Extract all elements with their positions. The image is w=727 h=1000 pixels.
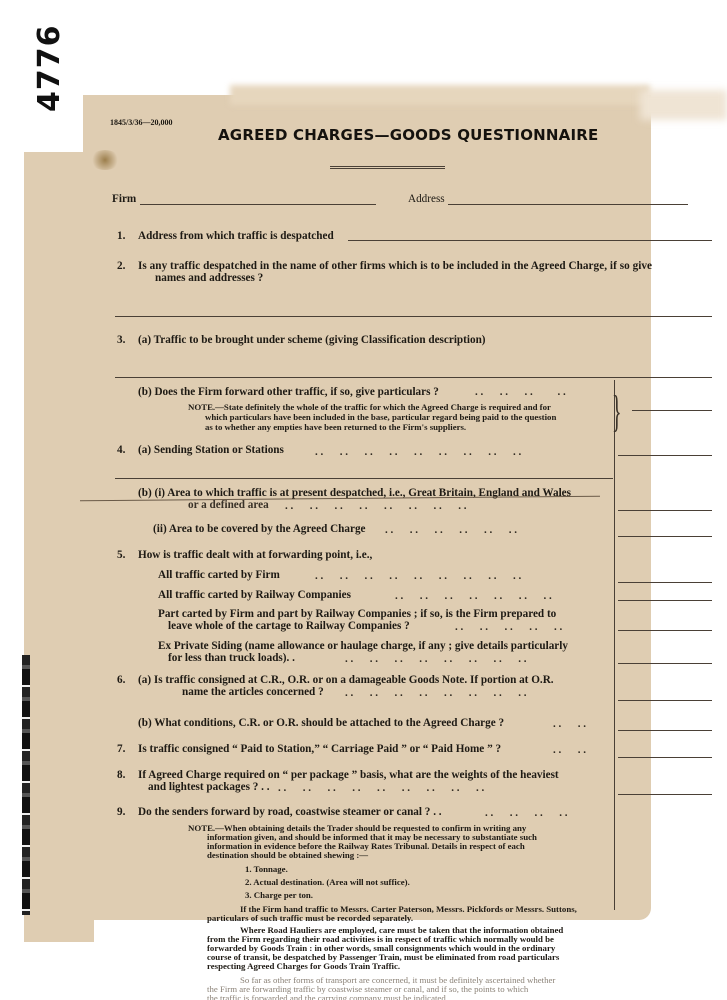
firm-field[interactable] xyxy=(140,204,376,205)
q4bii-answer-field[interactable] xyxy=(618,536,712,537)
leader-dots: . . . . . . . . . . . . . . xyxy=(395,590,552,602)
q4bi-answer-field[interactable] xyxy=(618,510,712,511)
q5-option-private-siding-answer[interactable] xyxy=(618,663,712,664)
q9-text: Do the senders forward by road, coastwis… xyxy=(138,806,442,819)
leader-dots: . . . . . . . . xyxy=(485,807,568,819)
address-field[interactable] xyxy=(448,204,688,205)
leader-dots: . . . . . . . . . . . . . . . . xyxy=(345,687,527,699)
q1-text: Address from which traffic is despatched xyxy=(138,230,334,243)
q4a-text: (a) Sending Station or Stations xyxy=(138,444,284,457)
leader-dots: . . . . . . . . . . . . . . . . xyxy=(285,500,467,512)
q4a-answer-field[interactable] xyxy=(618,455,712,456)
q9-list-charge: 3. Charge per ton. xyxy=(245,890,313,900)
q3b-text: (b) Does the Firm forward other traffic,… xyxy=(138,386,439,399)
q4-number: 4. xyxy=(117,444,125,457)
q1-answer-field[interactable] xyxy=(348,240,712,241)
q5-number: 5. xyxy=(117,549,125,562)
q5-option-part-carted-answer[interactable] xyxy=(618,630,712,631)
q3a-answer-field[interactable] xyxy=(115,377,712,378)
q2-answer-field[interactable] xyxy=(115,316,712,317)
leader-dots: . . . . . . . . . . . . . . . . xyxy=(345,653,527,665)
address-label: Address xyxy=(408,193,445,206)
q9-list-tonnage: 1. Tonnage. xyxy=(245,864,288,874)
q2-text-line2: names and addresses ? xyxy=(155,272,263,285)
title-underline xyxy=(330,166,445,169)
firm-label: Firm xyxy=(112,193,136,206)
q5-option-carted-by-railway-answer[interactable] xyxy=(618,600,712,601)
q5-option-carted-by-firm: All traffic carted by Firm xyxy=(158,569,280,582)
q1-number: 1. xyxy=(117,230,125,243)
leader-dots: . . . . . . . . . . . . . . . . . . xyxy=(278,782,484,794)
q6-number: 6. xyxy=(117,674,125,687)
brace-symbol: } xyxy=(612,386,622,437)
leader-dots: . . . . xyxy=(553,718,586,730)
answer-column-divider xyxy=(614,380,615,910)
q6b-answer-field[interactable] xyxy=(618,730,712,731)
q6a-answer-field[interactable] xyxy=(618,700,712,701)
q8-text-line2: and lightest packages ? . . xyxy=(148,781,270,794)
q3b-answer-field[interactable] xyxy=(632,410,712,411)
q9-para2-line5: respecting Agreed Charges for Goods Trai… xyxy=(207,961,400,971)
paper-torn-edge-right xyxy=(640,90,727,120)
q5-text: How is traffic dealt with at forwarding … xyxy=(138,549,372,562)
q9-para3-line3: the traffic is forwarded and the carryin… xyxy=(207,993,448,1000)
paper-tab xyxy=(24,152,94,942)
stain-mark xyxy=(90,150,120,170)
q3b-note-line3: as to whether any empties have been retu… xyxy=(205,422,466,432)
leader-dots: . . . . . . . . . . . . . . . . . . xyxy=(315,570,521,582)
q5-option-carted-by-firm-answer[interactable] xyxy=(618,582,712,583)
form-code: 1845/3/36—20,000 xyxy=(110,118,172,128)
q9-number: 9. xyxy=(117,806,125,819)
q6b-text: (b) What conditions, C.R. or O.R. should… xyxy=(138,717,504,730)
q4a-separator xyxy=(115,478,613,479)
q8-number: 8. xyxy=(117,769,125,782)
page-title: AGREED CHARGES—GOODS QUESTIONNAIRE xyxy=(218,126,598,144)
q9-para1-line2: particulars of such traffic must be reco… xyxy=(207,913,413,923)
binding-strip xyxy=(22,655,30,915)
q3-number: 3. xyxy=(117,334,125,347)
q3a-text: (a) Traffic to be brought under scheme (… xyxy=(138,334,486,347)
leader-dots: . . . . . . . . xyxy=(475,386,566,398)
leader-dots: . . . . . . . . . . . . . . . . . . xyxy=(315,446,521,458)
q6a-text-line2: name the articles concerned ? xyxy=(182,686,324,699)
leader-dots: . . . . . . . . . . xyxy=(455,621,562,633)
q7-answer-field[interactable] xyxy=(618,757,712,758)
q9-list-destination: 2. Actual destination. (Area will not su… xyxy=(245,877,410,887)
q3b-note-line2: which particulars have been included in … xyxy=(205,412,556,422)
paper-torn-edge xyxy=(230,85,650,105)
q7-number: 7. xyxy=(117,743,125,756)
q4bii-text: (ii) Area to be covered by the Agreed Ch… xyxy=(153,523,366,536)
leader-dots: . . . . xyxy=(553,744,586,756)
q3b-note-line1: NOTE.—State definitely the whole of the … xyxy=(188,402,551,412)
q2-number: 2. xyxy=(117,260,125,273)
q7-text: Is traffic consigned “ Paid to Station,”… xyxy=(138,743,501,756)
q9-note-line4: destination should be obtained shewing :… xyxy=(207,850,368,860)
q5-option-carted-by-railway: All traffic carted by Railway Companies xyxy=(158,589,351,602)
q8-answer-field[interactable] xyxy=(618,794,712,795)
leader-dots: . . . . . . . . . . . . xyxy=(385,524,517,536)
q5-option-private-siding-line2: for less than truck loads). . xyxy=(168,652,295,665)
q4bi-text-line2: or a defined area xyxy=(188,499,269,512)
q5-option-part-carted-line2: leave whole of the cartage to Railway Co… xyxy=(168,620,410,633)
archive-stamp-number: 4776 xyxy=(32,25,67,113)
